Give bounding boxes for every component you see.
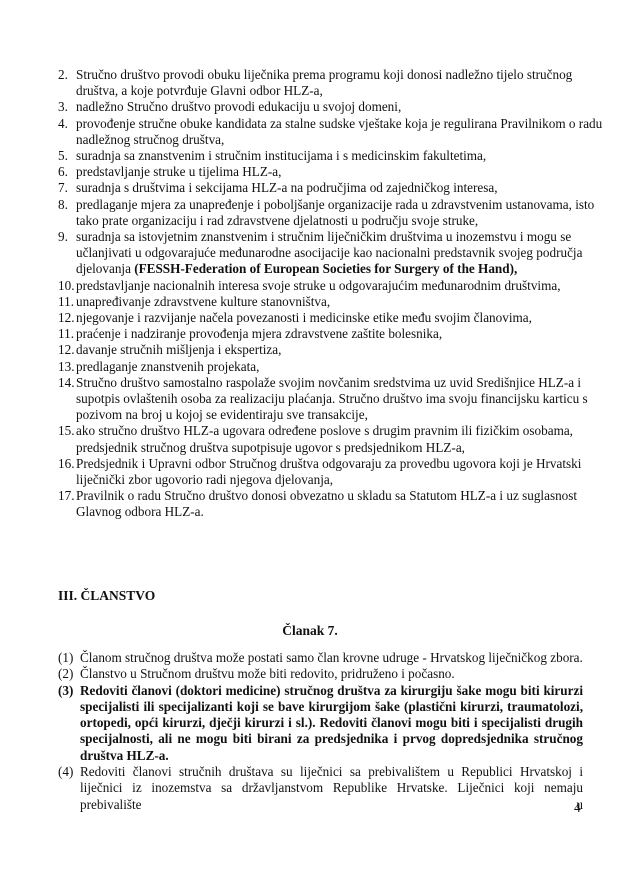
list-item: 2.Stručno društvo provodi obuku liječnik… [58, 67, 603, 99]
list-number: 12. [58, 310, 76, 326]
list-item: 11.unapređivanje zdravstvene kulture sta… [58, 294, 603, 310]
document-page: 2.Stručno društvo provodi obuku liječnik… [0, 0, 620, 874]
list-item: 3.nadležno Stručno društvo provodi eduka… [58, 99, 603, 115]
paragraph-number: (3) [58, 683, 80, 764]
paragraph-text: Redoviti članovi stručnih društava su li… [80, 764, 583, 813]
list-number: 5. [58, 148, 76, 164]
list-text: davanje stručnih mišljenja i ekspertiza, [76, 342, 603, 358]
list-number: 11. [58, 326, 76, 342]
paragraph-number: (1) [58, 650, 80, 666]
list-text: Stručno društvo provodi obuku liječnika … [76, 67, 603, 99]
paragraph-text: Članstvo u Stručnom društvu može biti re… [80, 666, 583, 682]
list-item: 17.Pravilnik o radu Stručno društvo dono… [58, 488, 603, 520]
list-number: 12. [58, 342, 76, 358]
article-paragraphs: (1)Članom stručnog društva može postati … [58, 650, 583, 813]
paragraph-number: (4) [58, 764, 80, 813]
paragraph: (1)Članom stručnog društva može postati … [58, 650, 583, 666]
list-item: 12.njegovanje i razvijanje načela poveza… [58, 310, 603, 326]
list-number: 10. [58, 278, 76, 294]
list-number: 3. [58, 99, 76, 115]
list-item: 6.predstavljanje struke u tijelima HLZ-a… [58, 164, 603, 180]
list-text: nadležno Stručno društvo provodi edukaci… [76, 99, 603, 115]
list-text: provođenje stručne obuke kandidata za st… [76, 116, 603, 148]
paragraph: (4)Redoviti članovi stručnih društava su… [58, 764, 583, 813]
list-item: 15.ako stručno društvo HLZ-a ugovara odr… [58, 423, 603, 455]
list-number: 7. [58, 180, 76, 196]
list-number: 17. [58, 488, 76, 520]
paragraph-text: Redoviti članovi (doktori medicine) stru… [80, 683, 583, 764]
paragraph-number: (2) [58, 666, 80, 682]
list-text-with-bold: suradnja sa istovjetnim znanstvenim i st… [76, 229, 603, 278]
paragraph: (2)Članstvo u Stručnom društvu može biti… [58, 666, 583, 682]
list-item: 9.suradnja sa istovjetnim znanstvenim i … [58, 229, 603, 278]
list-number: 11. [58, 294, 76, 310]
list-number: 2. [58, 67, 76, 99]
list-text: Predsjednik i Upravni odbor Stručnog dru… [76, 456, 603, 488]
list-text: predlaganje znanstvenih projekata, [76, 359, 603, 375]
list-item: 13.predlaganje znanstvenih projekata, [58, 359, 603, 375]
paragraph-text: Članom stručnog društva može postati sam… [80, 650, 583, 666]
list-number: 8. [58, 197, 76, 229]
list-number: 4. [58, 116, 76, 148]
list-text: predstavljanje nacionalnih interesa svoj… [76, 278, 603, 294]
list-text: praćenje i nadziranje provođenja mjera z… [76, 326, 603, 342]
list-number: 6. [58, 164, 76, 180]
list-item: 4.provođenje stručne obuke kandidata za … [58, 116, 603, 148]
list-item: 14.Stručno društvo samostalno raspolaže … [58, 375, 603, 424]
paragraph: (3)Redoviti članovi (doktori medicine) s… [58, 683, 583, 764]
list-text: unapređivanje zdravstvene kulture stanov… [76, 294, 603, 310]
activities-list: 2.Stručno društvo provodi obuku liječnik… [58, 67, 603, 521]
list-item: 12.davanje stručnih mišljenja i eksperti… [58, 342, 603, 358]
list-item: 5.suradnja sa znanstvenim i stručnim ins… [58, 148, 603, 164]
list-text: Stručno društvo samostalno raspolaže svo… [76, 375, 603, 424]
list-number: 16. [58, 456, 76, 488]
list-item: 7.suradnja s društvima i sekcijama HLZ-a… [58, 180, 603, 196]
article-title: Članak 7. [0, 623, 620, 639]
list-text: suradnja s društvima i sekcijama HLZ-a n… [76, 180, 603, 196]
list-item: 16.Predsjednik i Upravni odbor Stručnog … [58, 456, 603, 488]
list-text: njegovanje i razvijanje načela povezanos… [76, 310, 603, 326]
page-number: 4 [574, 800, 581, 816]
list-item: 10.predstavljanje nacionalnih interesa s… [58, 278, 603, 294]
list-text: predlaganje mjera za unapređenje i pobol… [76, 197, 603, 229]
list-text: ako stručno društvo HLZ-a ugovara određe… [76, 423, 603, 455]
list-text: Pravilnik o radu Stručno društvo donosi … [76, 488, 603, 520]
list-number: 13. [58, 359, 76, 375]
list-item: 11.praćenje i nadziranje provođenja mjer… [58, 326, 603, 342]
list-text: predstavljanje struke u tijelima HLZ-a, [76, 164, 603, 180]
list-number: 14. [58, 375, 76, 424]
list-text: suradnja sa znanstvenim i stručnim insti… [76, 148, 603, 164]
fessh-reference: (FESSH-Federation of European Societies … [134, 261, 517, 276]
section-heading: III. ČLANSTVO [58, 588, 155, 604]
list-item: 8.predlaganje mjera za unapređenje i pob… [58, 197, 603, 229]
list-number: 15. [58, 423, 76, 455]
list-number: 9. [58, 229, 76, 278]
